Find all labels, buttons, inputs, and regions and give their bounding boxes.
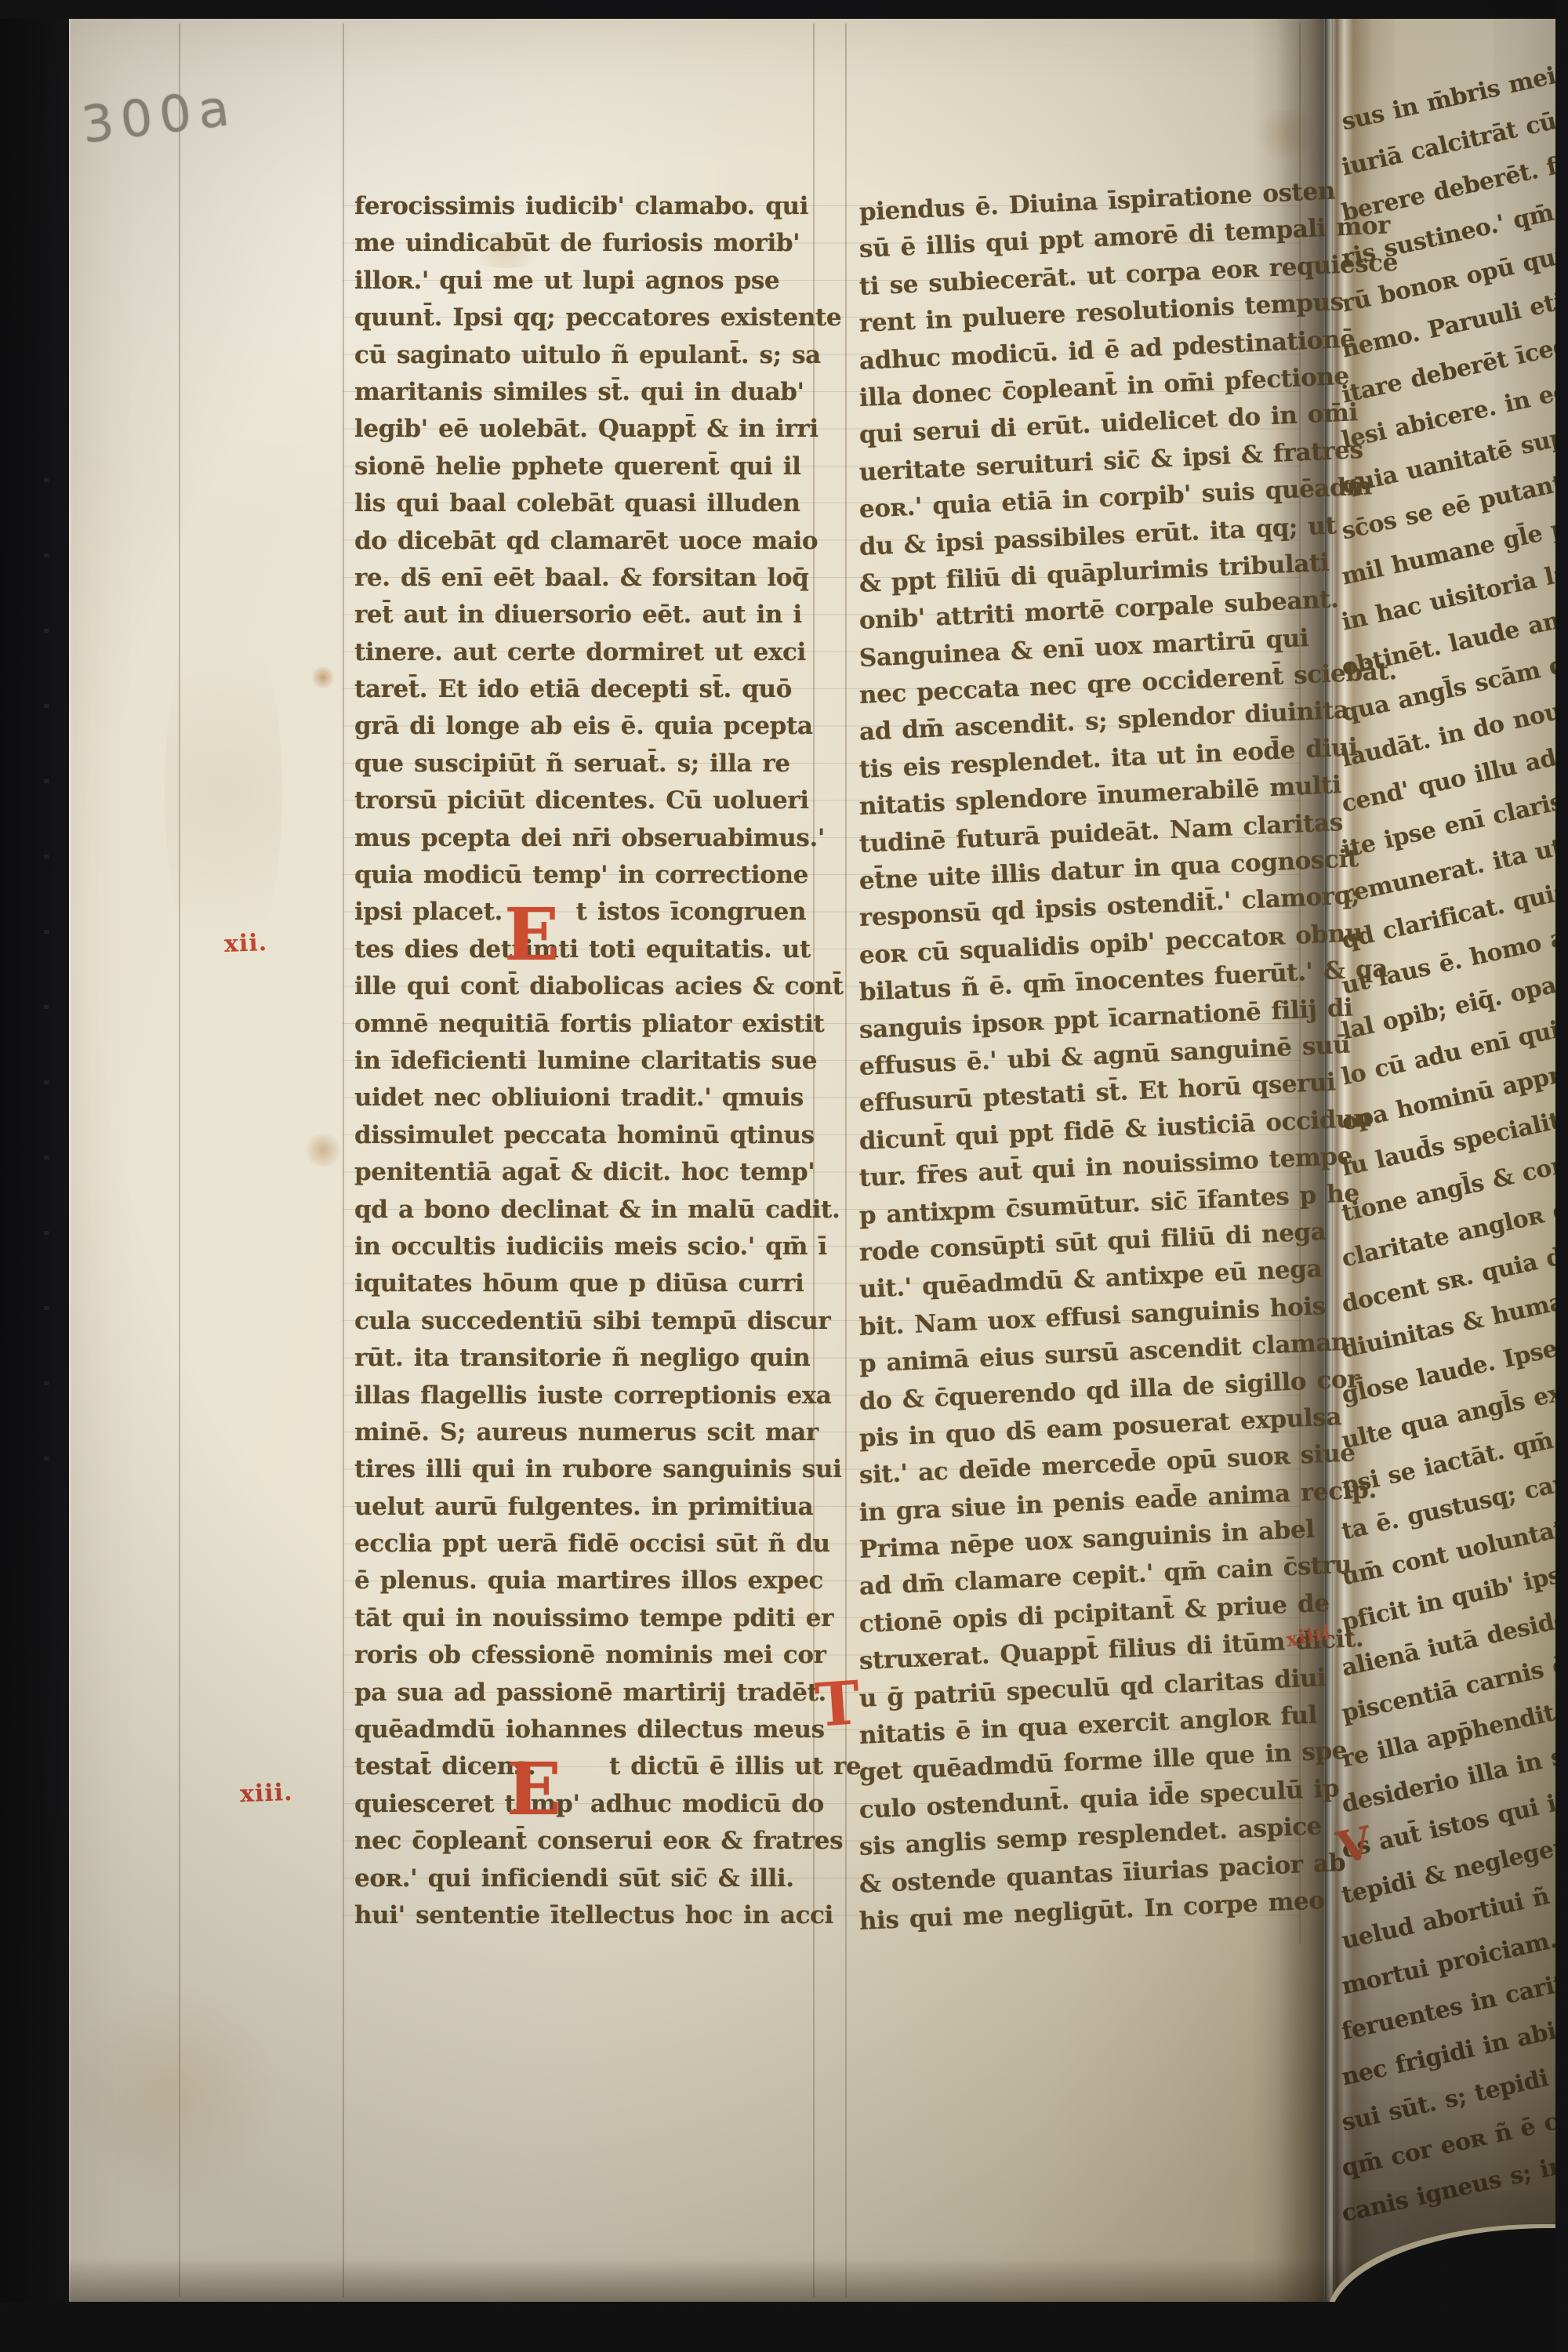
pricking-marks [44,478,49,1513]
text-line: in īdeficienti lumine claritatis sue [354,1043,812,1080]
column2-left-ruling-line [845,24,847,2297]
text-line: quiesceret temp' adhuc modicū do [354,1786,812,1823]
text-line: cula succedentiū sibi tempū discur [354,1303,812,1340]
rubric-initial-t: T [813,1673,862,1736]
rubric-initial-e-1: E [504,898,559,971]
text-line: cū saginato uitulo ñ epulant̄. s; sa [354,337,812,374]
right-page-shadow [1333,1646,1568,2305]
chapter-numeral-xii: xii. [223,929,267,958]
text-line: in occultis iudiciis meis scio.' qm̄ ī [354,1229,812,1265]
text-line: minē. S; aureus numerus scit mar [354,1414,812,1451]
stain [71,1976,274,2211]
text-line: eoʀ.' qui inficiendi sūt sic̄ & illi. [354,1860,812,1897]
text-line: penitentiā agat̄ & dicit. hoc temp' [354,1154,812,1191]
text-line: ipsi placet. t istos īcongruen [354,894,812,931]
photo-edge-right [1555,0,1568,2352]
text-line: iquitates hōum que p diūsa curri [354,1265,812,1302]
photo-edge-top [0,0,1568,19]
text-column-2: piendus ē. Diuina īspiratione ostensū ē … [859,194,1303,1940]
text-line: legib' eē uolebāt. Quappt̄ & in irri [354,411,812,448]
text-line: lis qui baal colebāt quasi illuden [354,485,812,522]
text-line: quia modicū temp' in correctione [354,857,812,894]
text-line: taret̄. Et ido etiā decepti st̄. quō [354,671,812,708]
text-line: pa sua ad passionē martirij tradēt. [354,1675,812,1711]
text-line: ecclia ppt uerā fidē occisi sūt ñ du [354,1526,812,1563]
text-line: tes dies detrimti toti equitatis. ut [354,931,812,968]
text-line: quēadmdū iohannes dilectus meus [354,1711,812,1748]
text-line: grā di longe ab eis ē. quia pcepta [354,708,812,745]
text-line: uidet nec obliuioni tradit.' qmuis [354,1080,812,1116]
text-line: roris ob cfessionē nominis mei cor [354,1637,812,1674]
manuscript-photo: 300a ferocissimis iudicib' clamabo. quim… [0,0,1568,2352]
text-line: illoʀ.' qui me ut lupi agnos pse [354,263,812,299]
text-line: re. ds̄ enī eēt baal. & forsitan loq̄ [354,560,812,597]
text-line: do dicebāt qd clamarēt uoce maio [354,523,812,560]
text-line: qd a bono declinat & in malū cadit. [354,1192,812,1229]
text-line: ferocissimis iudicib' clamabo. qui [354,188,812,225]
text-line: testat̄ dicens. t dictū ē illis ut re [354,1748,812,1785]
text-line: ille qui cont̄ diabolicas acies & cont̄ [354,968,812,1005]
text-line: omnē nequitiā fortis pliator existit [354,1006,812,1043]
text-line: me uindicabūt de furiosis morib' [354,225,812,262]
text-column-1: ferocissimis iudicib' clamabo. quime uin… [354,188,812,1934]
text-line: ē plenus. quia martires illos expec [354,1563,812,1599]
margin-ruling-line [179,24,180,2297]
bottom-shadow [69,2258,1559,2303]
text-line: maritanis similes st̄. qui in duab' [354,374,812,411]
text-line: tinere. aut certe dormiret ut exci [354,634,812,671]
text-line: uelut aurū fulgentes. in primitiua [354,1489,812,1526]
text-line: quunt̄. Ipsi qq; peccatores existente [354,299,812,336]
text-line: mus pcepta dei nr̄i obseruabimus.' [354,820,812,857]
text-line: hui' sententie ītellectus hoc in acci [354,1897,812,1934]
chapter-numeral-xiii: xiii. [239,1779,293,1808]
stain [310,666,336,688]
text-line: ret̄ aut in diuersorio eēt. aut in i [354,597,812,633]
text-line: trorsū piciūt dicentes. Cū uolueri [354,782,812,819]
column1-left-ruling-line [343,24,344,2297]
stain [303,1134,343,1167]
text-line: tires illi qui in rubore sanguinis sui [354,1451,812,1488]
text-line: que suscipiūt ñ seruat̄. s; illa re [354,746,812,782]
rubric-initial-e-2: E [506,1753,561,1825]
text-line: sionē helie pphete querent̄ qui il [354,448,812,485]
text-line: rūt. ita transitorie ñ negligo quin [354,1340,812,1377]
text-line: nec c̄opleant̄ conserui eoʀ & fratres [354,1823,812,1860]
text-line: tāt qui in nouissimo tempe pditi er [354,1600,812,1637]
text-line: illas flagellis iuste correptionis exa [354,1377,812,1414]
gutter-shadow [1251,19,1339,2303]
text-line: dissimulet peccata hominū qtinus [354,1117,812,1154]
photo-edge-bottom [0,2302,1568,2352]
